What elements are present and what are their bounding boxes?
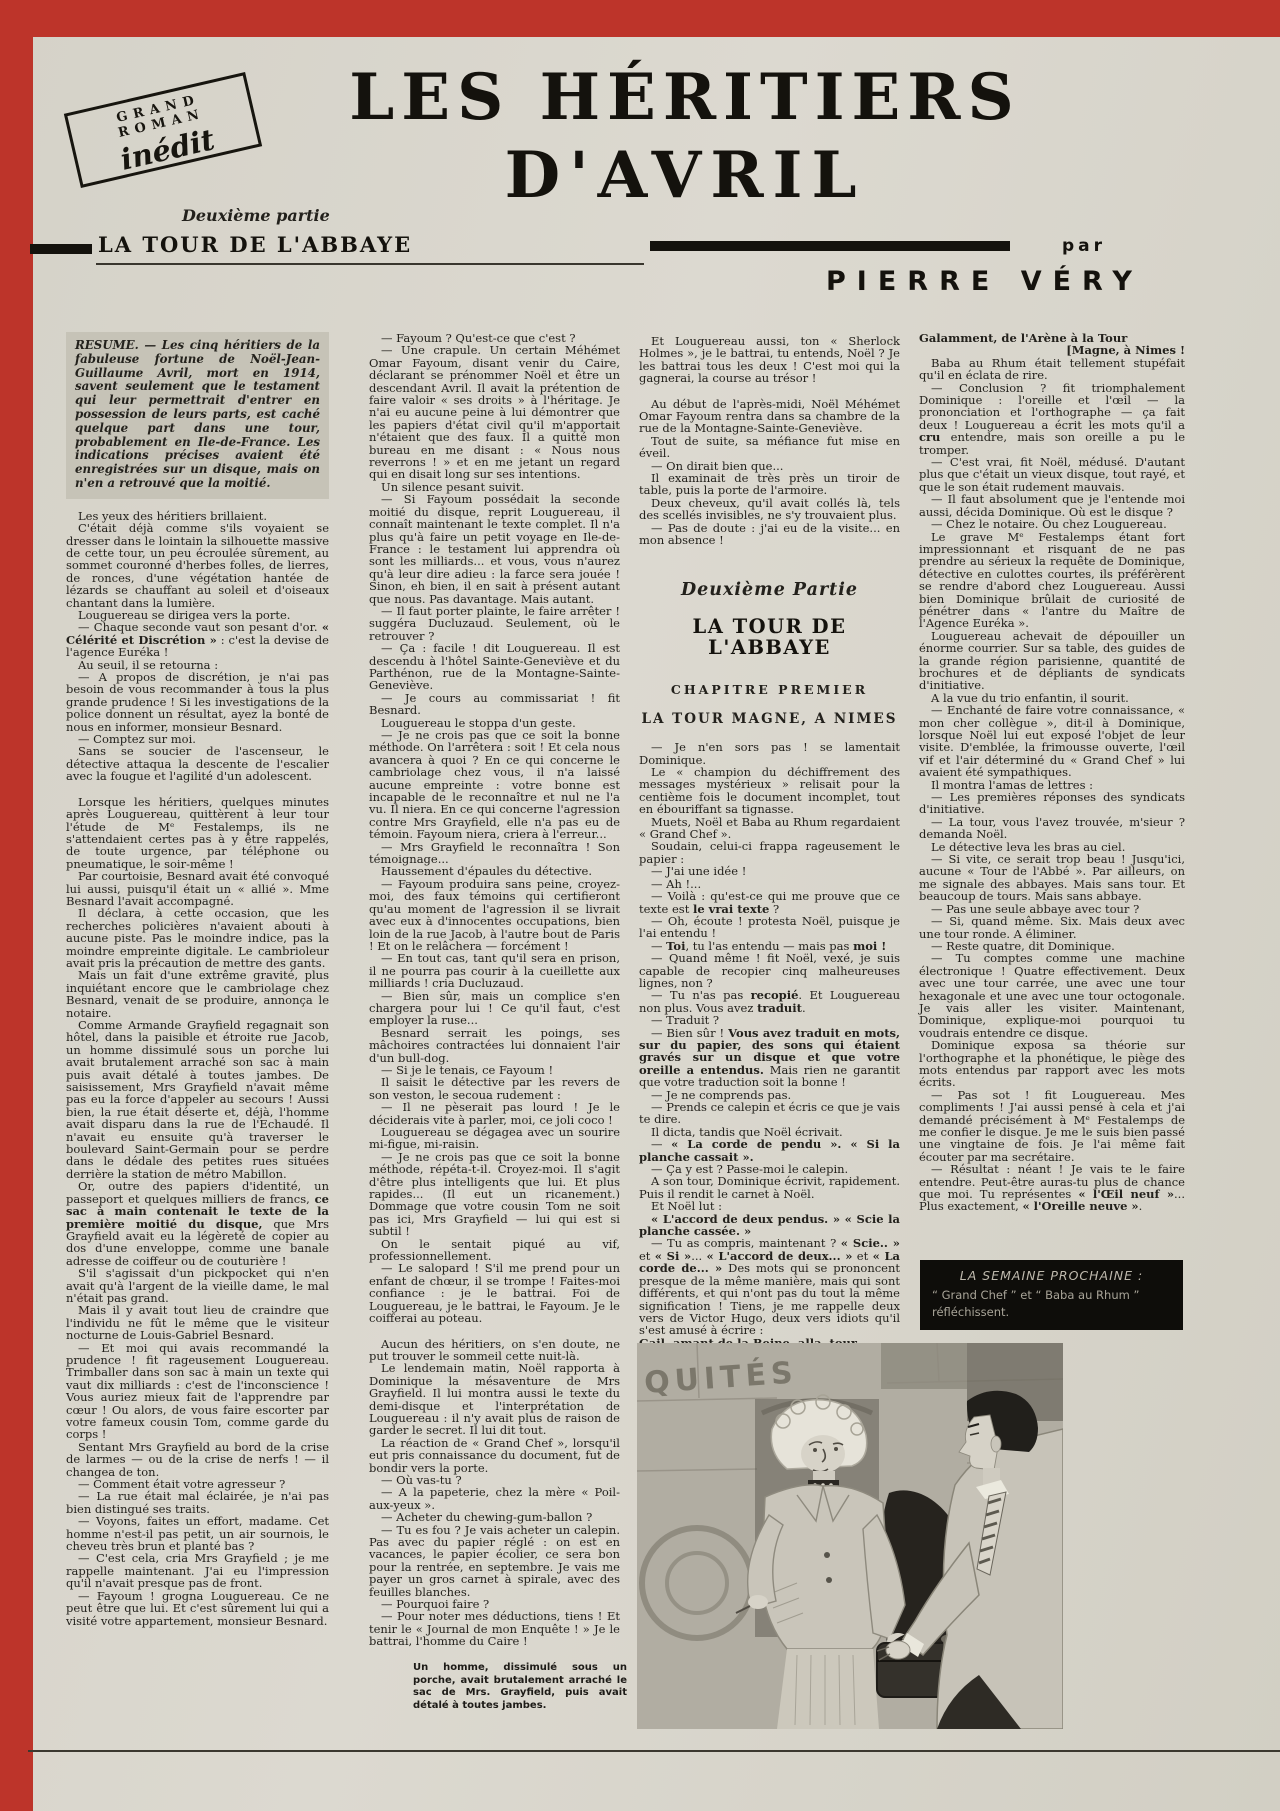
paragraph: Le lendemain matin, Noël rapporta à Domi…: [369, 1362, 620, 1436]
paragraph: — Oh, écoute ! protesta Noël, puisque je…: [639, 915, 900, 940]
next-week-line1: LA SEMAINE PROCHAINE :: [932, 1268, 1171, 1283]
text-column-1: RESUME. — Les cinq héritiers de la fabul…: [66, 332, 329, 1627]
paragraph: On le sentait piqué au vif, professionne…: [369, 1238, 620, 1263]
author-name: PIERRE VÉRY: [826, 266, 1143, 297]
paragraph: LA TOUR MAGNE, A NIMES: [639, 712, 900, 727]
paragraph: — Bien sûr, mais un complice s'en charge…: [369, 990, 620, 1027]
page-title: LES HÉRITIERS D'AVRIL: [320, 66, 1050, 208]
paragraph: Il saisit le détective par les revers de…: [369, 1076, 620, 1101]
paragraph: Soudain, celui-ci frappa rageusement le …: [639, 840, 900, 865]
paragraph: C'était déjà comme s'ils voyaient se dre…: [66, 522, 329, 609]
serial-badge: GRAND ROMAN inédit: [64, 72, 262, 188]
paragraph: — Si Fayoum possédait la seconde moitié …: [369, 493, 620, 605]
paragraph: Dominique exposa sa théorie sur l'orthog…: [919, 1039, 1185, 1089]
paragraph: Muets, Noël et Baba au Rhum regardaient …: [639, 816, 900, 841]
paragraph: — Je n'en sors pas ! se lamentait Domini…: [639, 741, 900, 766]
rule-left: [30, 244, 92, 254]
paragraph: Baba au Rhum était tellement stupéfait q…: [919, 357, 1185, 382]
paragraph: — Les premières réponses des syndicats d…: [919, 791, 1185, 816]
resume-box: RESUME. — Les cinq héritiers de la fabul…: [66, 332, 329, 499]
paragraph: — Voilà : qu'est-ce qui me prouve que ce…: [639, 890, 900, 915]
paragraph: Besnard serrait les poings, ses mâchoire…: [369, 1027, 620, 1064]
paragraph: — Le salopard ! S'il me prend pour un en…: [369, 1262, 620, 1324]
paragraph: — Il faut absolument que je l'entende mo…: [919, 493, 1185, 518]
paragraph: Louguereau se dégagea avec un sourire mi…: [369, 1126, 620, 1151]
paragraph: Sans se soucier de l'ascenseur, le détec…: [66, 745, 329, 782]
paragraph: Or, outre des papiers d'identité, un pas…: [66, 1180, 329, 1267]
paragraph: — Fayoum produira sans peine, croyez-moi…: [369, 878, 620, 952]
part-title: LA TOUR DE L'ABBAYE: [98, 232, 412, 257]
paragraph: Il déclara, à cette occasion, que les re…: [66, 907, 329, 969]
paragraph: — Tu comptes comme une machine électroni…: [919, 952, 1185, 1039]
paragraph: Et Louguereau aussi, ton « Sherlock Holm…: [639, 335, 900, 385]
paragraph: — Chaque seconde vaut son pesant d'or. «…: [66, 621, 329, 658]
rule-subtitle: [96, 263, 644, 265]
next-week-line3: réfléchissent.: [932, 1305, 1171, 1319]
paragraph: Deuxième Partie: [639, 581, 900, 600]
paragraph: LA TOUR DE L'ABBAYE: [639, 616, 900, 659]
paragraph: — A propos de discrétion, je n'ai pas be…: [66, 671, 329, 733]
red-border-top: [0, 0, 1280, 37]
paragraph: Mais un fait d'une extrême gravité, plus…: [66, 969, 329, 1019]
title-line1: LES HÉRITIERS: [320, 66, 1050, 130]
next-week-line2: “ Grand Chef ” et “ Baba au Rhum ”: [932, 1288, 1171, 1302]
paragraph: — Voyons, faites un effort, madame. Cet …: [66, 1515, 329, 1552]
text-column-3: Et Louguereau aussi, ton « Sherlock Holm…: [639, 335, 900, 1362]
paragraph: — Chez le notaire. Ou chez Louguereau.: [919, 518, 1185, 530]
paragraph: Lorsque les héritiers, quelques minutes …: [66, 796, 329, 870]
paragraph: — Tu as compris, maintenant ? « Scie.. »…: [639, 1237, 900, 1336]
paragraph: [Magne, à Nimes !: [919, 344, 1185, 356]
paragraph: — A la papeterie, chez la mère « Poil-au…: [369, 1486, 620, 1511]
paragraph: — Bien sûr ! Vous avez traduit en mots, …: [639, 1027, 900, 1089]
paragraph: — Je ne crois pas que ce soit la bonne m…: [369, 729, 620, 841]
paragraph: — Résultat : néant ! Je vais te le faire…: [919, 1163, 1185, 1213]
paragraph: — Tu n'as pas recopié. Et Louguereau non…: [639, 989, 900, 1014]
paragraph: — Prends ce calepin et écris ce que je v…: [639, 1101, 900, 1126]
paragraph: — C'est vrai, fit Noël, médusé. D'autant…: [919, 456, 1185, 493]
paragraph: S'il s'agissait d'un pickpocket qui n'en…: [66, 1267, 329, 1304]
paragraph: — Une crapule. Un certain Méhémet Omar F…: [369, 344, 620, 480]
paragraph: — Si vite, ce serait trop beau ! Jusqu'i…: [919, 853, 1185, 903]
text-column-2: — Fayoum ? Qu'est-ce que c'est ?— Une cr…: [369, 332, 620, 1648]
paragraph: Mais il y avait tout lieu de craindre qu…: [66, 1304, 329, 1341]
resume-lead: RESUME. —: [75, 338, 156, 352]
paragraph: — Acheter du chewing-gum-ballon ?: [369, 1511, 620, 1523]
paragraph: — Il faut porter plainte, le faire arrêt…: [369, 605, 620, 642]
illustration-caption: Un homme, dissimulé sous un porche, avai…: [413, 1662, 627, 1712]
paragraph: — Tu es fou ? Je vais acheter un calepin…: [369, 1524, 620, 1598]
paragraph: Tout de suite, sa méfiance fut mise en é…: [639, 435, 900, 460]
paragraph: A son tour, Dominique écrivit, rapidemen…: [639, 1175, 900, 1200]
paragraph: — Si, quand même. Six. Mais deux avec un…: [919, 915, 1185, 940]
paragraph: — Conclusion ? fit triomphalement Domini…: [919, 382, 1185, 456]
paragraph: — Ça : facile ! dit Louguereau. Il est d…: [369, 642, 620, 692]
paragraph: — La tour, vous l'avez trouvée, m'sieur …: [919, 816, 1185, 841]
paragraph: Comme Armande Grayfield regagnait son hô…: [66, 1019, 329, 1180]
paragraph: Au début de l'après-midi, Noël Méhémet O…: [639, 398, 900, 435]
paragraph: — J'ai une idée !: [639, 865, 900, 877]
column-1-body: Les yeux des héritiers brillaient.C'étai…: [66, 510, 329, 1627]
paragraph: — Il ne pèserait pas lourd ! Je le décid…: [369, 1101, 620, 1126]
paragraph: — Enchanté de faire votre connaissance, …: [919, 704, 1185, 778]
paragraph: — Quand même ! fit Noël, vexé, je suis c…: [639, 952, 900, 989]
paragraph: — Et moi qui avais recommandé la prudenc…: [66, 1342, 329, 1441]
paragraph: — Je ne crois pas que ce soit la bonne m…: [369, 1151, 620, 1238]
paragraph: — C'est cela, cria Mrs Grayfield ; je me…: [66, 1552, 329, 1589]
paragraph: — La rue était mal éclairée, je n'ai pas…: [66, 1490, 329, 1515]
paragraph: Par courtoisie, Besnard avait été convoq…: [66, 870, 329, 907]
paragraph: Le grave Mᵉ Festalemps étant fort impres…: [919, 531, 1185, 630]
paragraph: Haussement d'épaules du détective.: [369, 865, 620, 877]
paragraph: CHAPITRE PREMIER: [639, 683, 900, 697]
paragraph: — Pour noter mes déductions, tiens ! Et …: [369, 1610, 620, 1647]
paragraph: — Mrs Grayfield le reconnaîtra ! Son tém…: [369, 841, 620, 866]
rule-right: [650, 241, 1010, 251]
woman-skirt: [777, 1649, 879, 1729]
paragraph: Deux cheveux, qu'il avait collés là, tel…: [639, 497, 900, 522]
bottom-rule: [28, 1750, 1280, 1752]
title-line2: D'AVRIL: [320, 144, 1050, 208]
paragraph: — « La corde de pendu ». « Si la planche…: [639, 1138, 900, 1163]
newspaper-page: GRAND ROMAN inédit LES HÉRITIERS D'AVRIL…: [0, 0, 1280, 1811]
resume-text: Les cinq héritiers de la fabuleuse fortu…: [75, 338, 320, 490]
paragraph: — Je cours au commissariat ! fit Besnard…: [369, 692, 620, 717]
part-label: Deuxième partie: [182, 206, 330, 225]
red-border-left: [0, 0, 33, 1811]
paragraph: Sentant Mrs Grayfield au bord de la cris…: [66, 1441, 329, 1478]
illustration: QUITÉS: [637, 1343, 1063, 1729]
paragraph: — En tout cas, tant qu'il sera en prison…: [369, 952, 620, 989]
next-week-box: LA SEMAINE PROCHAINE : “ Grand Chef ” et…: [920, 1260, 1183, 1330]
paragraph: — Pas sot ! fit Louguereau. Mes complime…: [919, 1089, 1185, 1163]
paragraph: Il examinait de très près un tiroir de t…: [639, 472, 900, 497]
paragraph: — Pas de doute : j'ai eu de la visite...…: [639, 522, 900, 547]
paragraph: « L'accord de deux pendus. » « Scie la p…: [639, 1213, 900, 1238]
paragraph: Louguereau achevait de dépouiller un éno…: [919, 630, 1185, 692]
paragraph: Aucun des héritiers, on s'en doute, ne p…: [369, 1338, 620, 1363]
byline-prefix: par: [1062, 236, 1106, 256]
paragraph: — Fayoum ! grogna Louguereau. Ce ne peut…: [66, 1590, 329, 1627]
paragraph: La réaction de « Grand Chef », lorsqu'il…: [369, 1437, 620, 1474]
woman-face: [801, 1435, 845, 1473]
text-column-4: Galamment, de l'Arène à la Tour[Magne, à…: [919, 332, 1185, 1213]
paragraph: Le « champion du déchiffrement des messa…: [639, 766, 900, 816]
